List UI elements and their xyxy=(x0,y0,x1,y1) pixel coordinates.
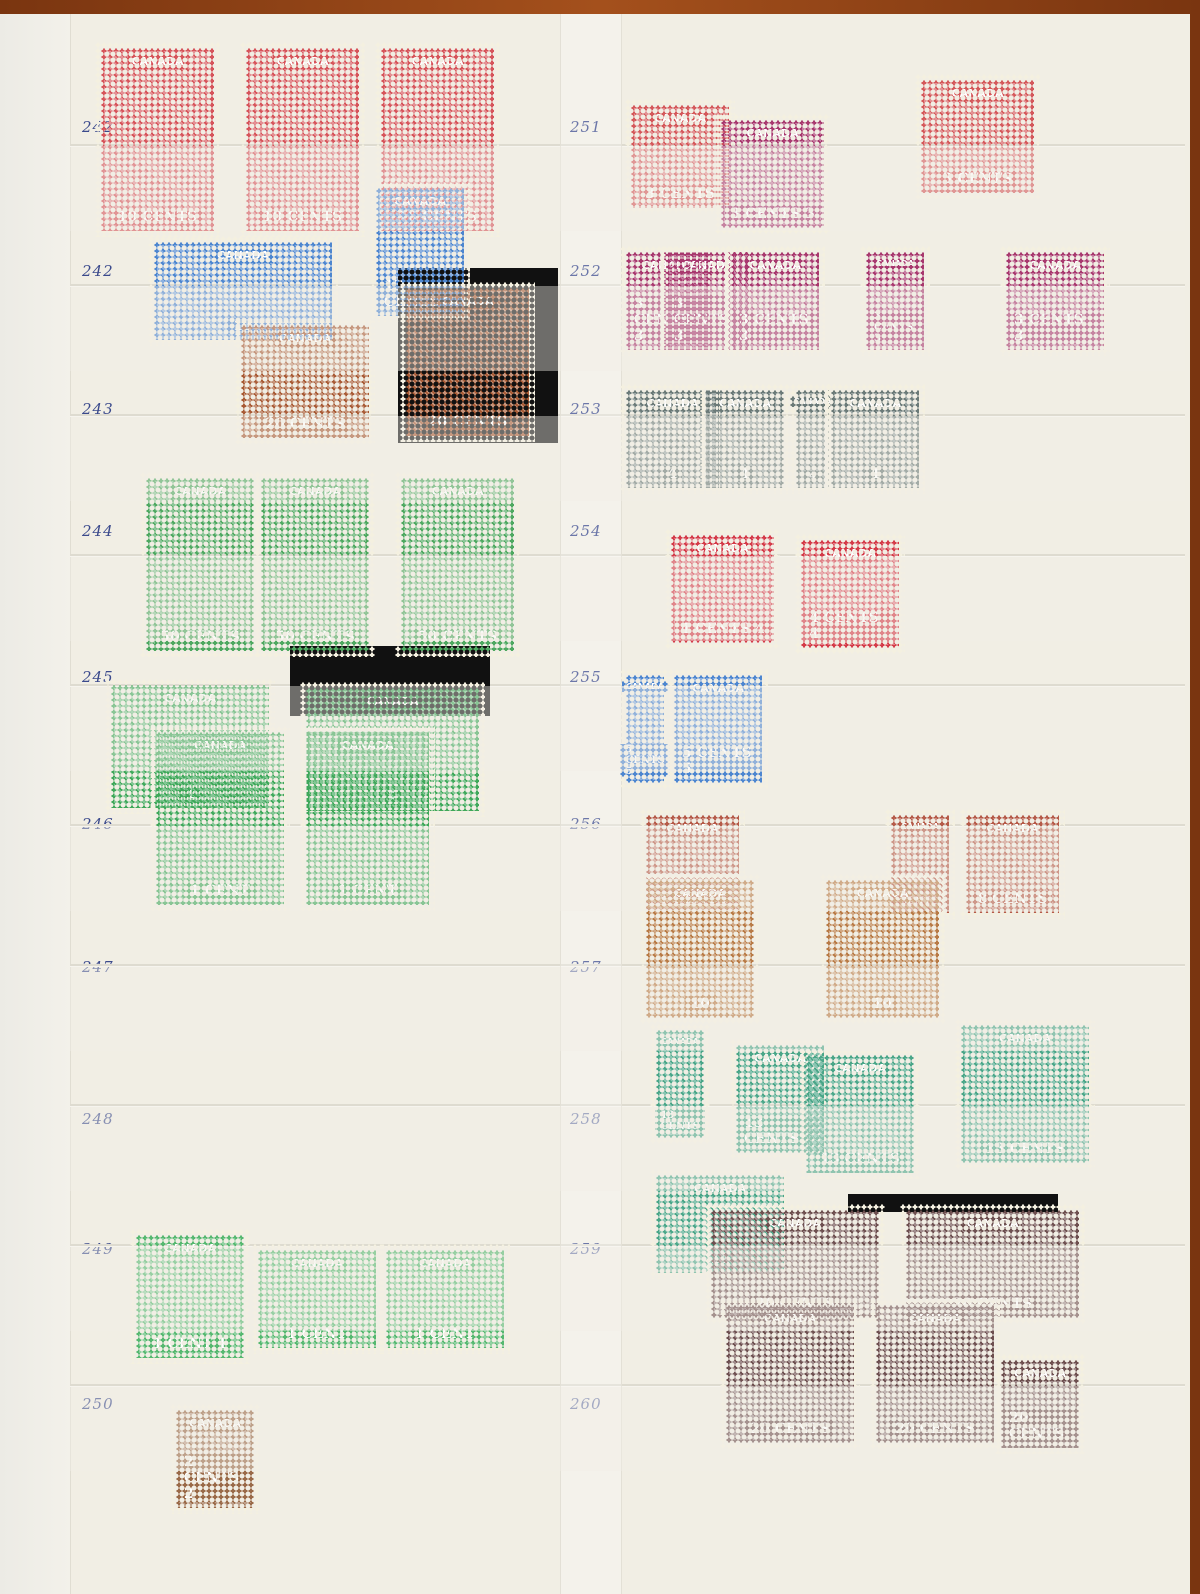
stamp-country: CANADA xyxy=(428,484,488,499)
stamp-denomination: 10 CENTS xyxy=(258,209,348,225)
stamp-country: CANADA xyxy=(663,821,723,836)
stamp-country: CANADA xyxy=(185,1416,245,1431)
stamp-design: CANADA8 CENTS xyxy=(966,815,1059,913)
stamp-denomination: 1 CENT 1 xyxy=(148,1336,232,1352)
stamp-design: CANADA3 CENTS 3 xyxy=(721,120,824,228)
stamp-denomination: 20 CENTS xyxy=(890,1421,980,1437)
stamp-denomination: 5 CENTS 5 xyxy=(677,745,759,777)
stamp-design: CANADA4 xyxy=(706,390,784,488)
stamp-design: CANADA1 CENT xyxy=(258,1250,376,1348)
stamp-country: CANADA xyxy=(128,54,188,69)
stamp-country: CANADA xyxy=(897,821,943,832)
stamp-denomination: 1 CENT xyxy=(282,1326,352,1342)
stamp-denomination: 10 xyxy=(868,996,897,1012)
stamp-country: CANADA xyxy=(338,738,398,753)
stamp-country: CANADA xyxy=(845,396,905,411)
stamp[interactable]: CANADA1 CENT 1 xyxy=(130,1229,250,1364)
stamp-country: CANADA xyxy=(1025,258,1085,273)
stamp-country: CANADA xyxy=(765,1216,825,1231)
stamp-design: CANADA2 CENTS 2 xyxy=(176,1410,254,1508)
stamp-country: CANADA xyxy=(688,681,748,696)
stamp-country: CANADA xyxy=(408,54,468,69)
stamp-design: CANADA10 xyxy=(826,880,939,1018)
stamp[interactable]: CANADA3 CENTS 3 xyxy=(725,246,825,356)
stamp-denomination: 3 CENTS 3 xyxy=(1009,312,1101,344)
stamp-denomination: 5 CENTS 5 xyxy=(620,744,669,777)
stamp-country: CANADA xyxy=(160,691,220,706)
stamp-design: CANADA10 CENTS xyxy=(101,48,214,231)
stamp-country: CANADA xyxy=(745,258,805,273)
stamp-country: CANADA xyxy=(983,821,1043,836)
stamp[interactable]: CANADA4 xyxy=(700,384,790,494)
stamp-country: CANADA xyxy=(657,1036,703,1047)
stamp-design: CANADA20 CENTS xyxy=(406,288,529,436)
stamp-denomination: 3 CENTS 3 xyxy=(869,311,921,344)
stamp[interactable]: CANADA2 CENTS 2 xyxy=(170,1404,260,1514)
stamp-design: CANADA20 CENTS xyxy=(1001,1360,1079,1448)
stamp[interactable]: CANADA5 CENTS 5 xyxy=(620,669,670,789)
stamp-country: CANADA xyxy=(830,1061,890,1076)
stamp-denomination: 20 CENTS xyxy=(260,416,350,432)
stamp-denomination: 3 CENTS 3 xyxy=(734,312,816,344)
stamp[interactable]: CANADA20 CENTS xyxy=(400,282,535,442)
stamp[interactable]: CANADA4 xyxy=(825,384,925,494)
stamp-country: CANADA xyxy=(760,1311,820,1326)
stamp-design: CANADA4 CENTS 4 xyxy=(671,535,774,643)
stamp-design: CANADA20 CENTS xyxy=(241,325,369,438)
stamp-design: CANADA10 CENTS xyxy=(246,48,359,231)
stamp-country: CANADA xyxy=(170,484,230,499)
stamp-denomination: 13 CENTS xyxy=(655,1110,704,1132)
stamp-design: CANADA20 CENTS xyxy=(876,1305,994,1443)
stamp-design: CANADA13 CENTS xyxy=(961,1025,1089,1163)
stamp-design: CANADA13 CENTS xyxy=(806,1055,914,1173)
stamp-denomination: 4 CENTS 4 xyxy=(804,610,896,642)
stamp[interactable]: CANADA1 CENT xyxy=(380,1244,510,1354)
stamp[interactable]: CANADA3 CENTS xyxy=(915,74,1040,199)
stamp[interactable]: CANADA8 CENTS xyxy=(960,809,1065,919)
stamp-denomination: 50 CENTS xyxy=(155,629,245,645)
stamp-country: CANADA xyxy=(190,738,250,753)
stamp-denomination: 2 CENTS 2 xyxy=(179,1454,251,1502)
stamp-denomination: 20 CENTS xyxy=(1004,1410,1076,1442)
stamp-design: CANADA5 CENTS 5 xyxy=(674,675,762,783)
stamp-country: CANADA xyxy=(820,546,880,561)
stamp-denomination: 10 xyxy=(685,996,714,1012)
stamp-denomination: 3 CENTS 3 xyxy=(725,206,819,222)
stamp[interactable]: CANADA1 CENT xyxy=(300,726,435,911)
stamp-layer: CANADA10 CENTSCANADA10 CENTSCANADA10 CEN… xyxy=(0,14,1190,1594)
stamp[interactable]: CANADA3 CENTS 3 xyxy=(715,114,830,234)
stamp-design: CANADA1 CENT 1 xyxy=(136,1235,244,1358)
stamp-design: CANADA5 CENTS 5 xyxy=(626,675,664,783)
stamp-country: CANADA xyxy=(363,694,423,709)
stamp-country: CANADA xyxy=(948,86,1008,101)
stamp-design: CANADA3 CENTS xyxy=(921,80,1034,193)
stamp[interactable]: CANADA3 CENTS 3 xyxy=(1000,246,1110,356)
stamp-design: CANADA10 xyxy=(646,880,754,1018)
stamp-design: CANADA50 CENTS xyxy=(146,478,254,651)
stamp-denomination: 13 CENTS xyxy=(980,1141,1070,1157)
stamp[interactable]: CANADA10 xyxy=(640,874,760,1024)
stamp-denomination: 1 CENT xyxy=(410,1326,480,1342)
stamp[interactable]: CANADA50 CENTS xyxy=(255,472,375,657)
stamp[interactable]: CANADA10 CENTS xyxy=(95,42,220,237)
stamp-denomination: 4 xyxy=(735,466,755,482)
stamp-design: CANADA1 CENT xyxy=(156,732,284,905)
stamp-denomination: 4 xyxy=(865,466,885,482)
stamp[interactable]: CANADA4 CENTS 4 xyxy=(665,529,780,649)
stamp-design: CANADA1 CENT xyxy=(386,1250,504,1348)
stamp-design: CANADA4 CENTS 4 xyxy=(801,540,899,648)
stamp[interactable]: CANADA50 CENTS xyxy=(395,472,520,657)
stamp-country: CANADA xyxy=(670,886,730,901)
stamp[interactable]: CANADA10 CENTS xyxy=(240,42,365,237)
stamp-design: CANADA3 CENTS 3 xyxy=(1006,252,1104,350)
stamp[interactable]: CANADA50 CENTS xyxy=(140,472,260,657)
stamp-country: CANADA xyxy=(390,194,450,209)
stamp-country: CANADA xyxy=(853,886,913,901)
stamp-denomination: 1 CENT xyxy=(333,883,403,899)
stamp-denomination: 4 xyxy=(804,471,821,482)
stamp-denomination: 20 CENTS xyxy=(745,1421,835,1437)
stamp-denomination: 4 xyxy=(663,466,683,482)
stamp-denomination: 10 CENTS xyxy=(113,209,203,225)
stamp-country: CANADA xyxy=(693,541,753,556)
stamp-country: CANADA xyxy=(715,396,775,411)
stamp-country: CANADA xyxy=(273,54,333,69)
stamp-country: CANADA xyxy=(622,681,668,692)
stamp-design: CANADA1 CENT xyxy=(306,732,429,905)
stamp[interactable]: CANADA3 CENTS 3 xyxy=(860,246,930,356)
stamp[interactable]: CANADA20 CENTS xyxy=(995,1354,1085,1454)
stamp-country: CANADA xyxy=(905,1311,965,1326)
stamp-denomination: 8 CENTS xyxy=(973,891,1053,907)
stamp-design: CANADA4 xyxy=(831,390,919,488)
stamp-country: CANADA xyxy=(213,248,273,263)
stamp[interactable]: CANADA1 CENT xyxy=(150,726,290,911)
stamp-denomination: 20 CENTS xyxy=(423,414,513,430)
stamp-design: CANADA50 CENTS xyxy=(261,478,369,651)
stamp-country: CANADA xyxy=(690,1181,750,1196)
stamp-country: CANADA xyxy=(160,1241,220,1256)
stamp-country: CANADA xyxy=(650,111,710,126)
stamp-country: CANADA xyxy=(415,1256,475,1271)
stamp-design: CANADA3 CENTS 3 xyxy=(866,252,924,350)
stamp-country: CANADA xyxy=(287,1256,347,1271)
stamp-country: CANADA xyxy=(438,294,498,309)
stamp[interactable]: CANADA1 CENT xyxy=(252,1244,382,1354)
stamp-country: CANADA xyxy=(643,396,703,411)
stamp-country: CANADA xyxy=(1010,1366,1070,1381)
stamp-denomination: 50 CENTS xyxy=(270,629,360,645)
stamp-denomination: 3 CENTS xyxy=(938,171,1018,187)
stock-page: 242242243244245246247248249250 251252253… xyxy=(0,14,1190,1594)
stamp-country: CANADA xyxy=(872,258,918,269)
stamp[interactable]: CANADA13 CENTS xyxy=(650,1024,710,1144)
stamp-design: CANADA20 CENTS xyxy=(726,1305,854,1443)
stamp-country: CANADA xyxy=(285,484,345,499)
stamp-country: CANADA xyxy=(743,126,803,141)
stamp[interactable]: CANADA10 xyxy=(820,874,945,1024)
stamp-denomination: 3 CENTS xyxy=(640,186,720,202)
stamp[interactable]: CANADA4 CENTS 4 xyxy=(795,534,905,654)
stamp-country: CANADA xyxy=(275,331,335,346)
stamp-country: CANADA xyxy=(963,1216,1023,1231)
stamp-denomination: 4 CENTS 4 xyxy=(675,621,769,637)
stamp-design: CANADA3 CENTS 3 xyxy=(731,252,819,350)
stamp-design: CANADA50 CENTS xyxy=(401,478,514,651)
stamp-design: CANADA13 CENTS xyxy=(656,1030,704,1138)
stamp[interactable]: CANADA20 CENTS xyxy=(720,1299,860,1449)
stamp-denomination: 13 CENTS xyxy=(815,1151,905,1167)
stamp-denomination: 1 CENT xyxy=(185,883,255,899)
stamp-denomination: 50 CENTS xyxy=(413,629,503,645)
stamp[interactable]: CANADA13 CENTS xyxy=(800,1049,920,1179)
stamp[interactable]: CANADA5 CENTS 5 xyxy=(668,669,768,789)
stamp[interactable]: CANADA20 CENTS xyxy=(235,319,375,444)
stamp[interactable]: CANADA20 CENTS xyxy=(870,1299,1000,1449)
stamp-country: CANADA xyxy=(995,1031,1055,1046)
stamp[interactable]: CANADA13 CENTS xyxy=(955,1019,1095,1169)
